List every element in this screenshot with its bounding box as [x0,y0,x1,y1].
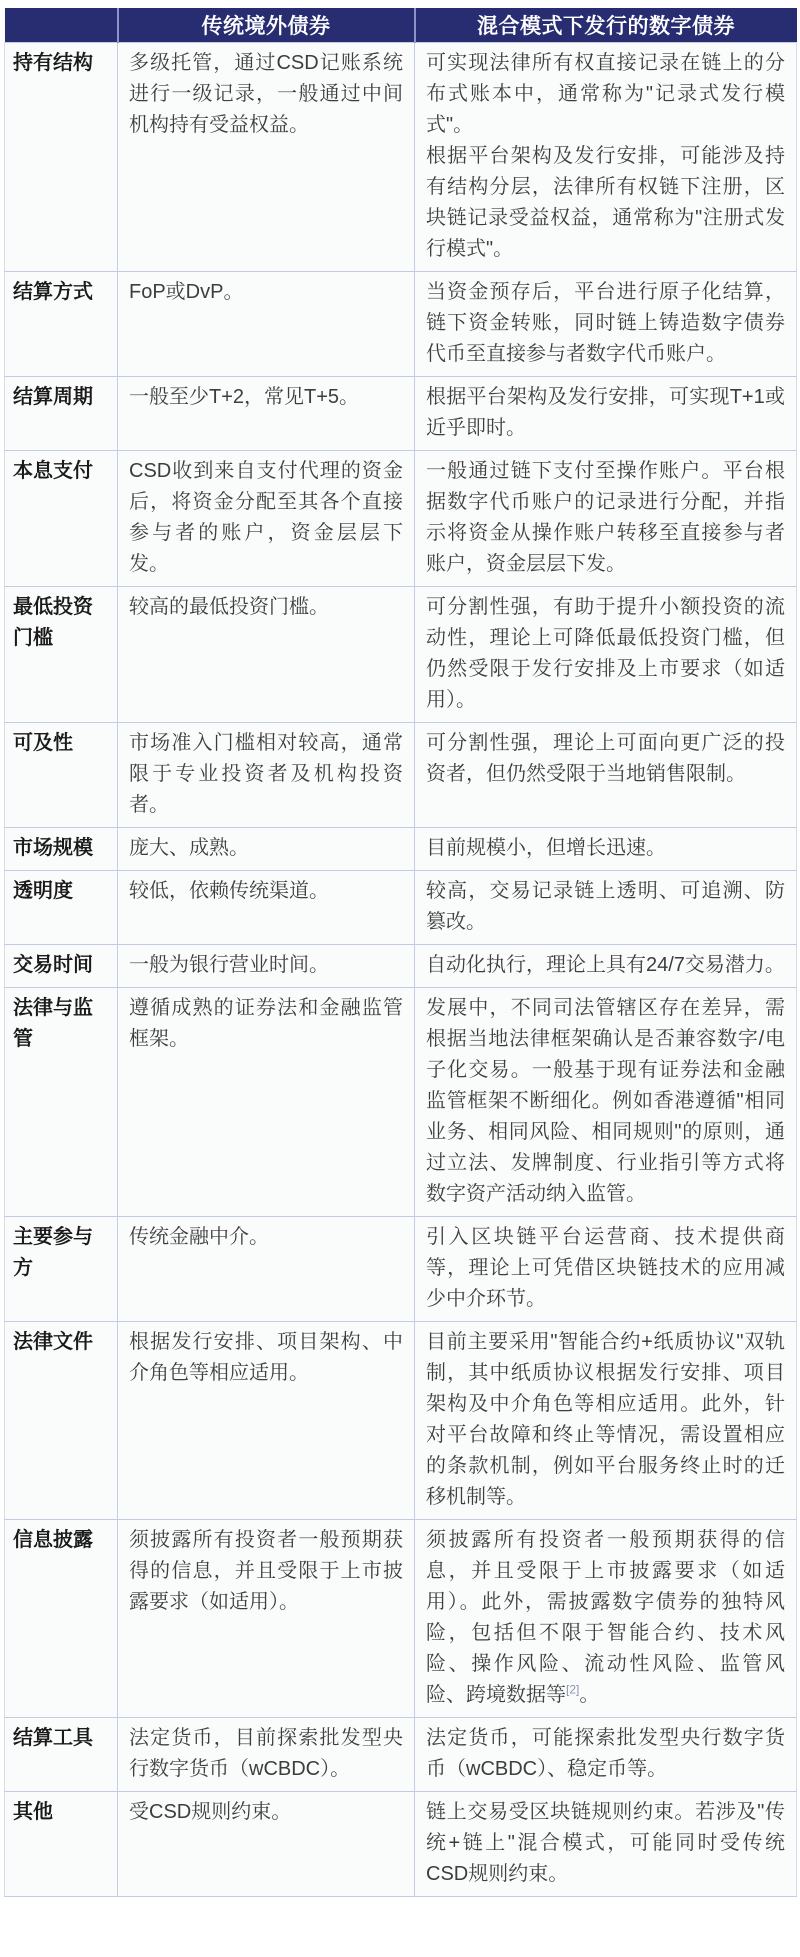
cell-digital: 可分割性强，理论上可面向更广泛的投资者，但仍然受限于当地销售限制。 [415,723,797,828]
cell-digital: 须披露所有投资者一般预期获得的信息，并且受限于上市披露要求（如适用）。此外，需披… [415,1520,797,1718]
table-row-key-participants: 主要参与方 传统金融中介。 引入区块链平台运营商、技术提供商等，理论上可凭借区块… [5,1217,797,1322]
row-label: 结算方式 [5,272,118,377]
cell-digital: 根据平台架构及发行安排，可实现T+1或近乎即时。 [415,377,797,451]
cell-digital: 引入区块链平台运营商、技术提供商等，理论上可凭借区块链技术的应用减少中介环节。 [415,1217,797,1322]
table-row-settlement-cycle: 结算周期 一般至少T+2，常见T+5。 根据平台架构及发行安排，可实现T+1或近… [5,377,797,451]
cell-digital: 目前主要采用"智能合约+纸质协议"双轨制，其中纸质协议根据发行安排、项目架构及中… [415,1322,797,1520]
cell-digital: 法定货币，可能探索批发型央行数字货币（wCBDC）、稳定币等。 [415,1718,797,1792]
cell-digital: 发展中，不同司法管辖区存在差异，需根据当地法律框架确认是否兼容数字/电子化交易。… [415,988,797,1217]
comparison-table-page: 传统境外债券 混合模式下发行的数字债券 持有结构 多级托管，通过CSD记账系统进… [0,0,800,1957]
footnote-ref: [2] [566,1682,579,1696]
row-label: 法律文件 [5,1322,118,1520]
row-label: 信息披露 [5,1520,118,1718]
row-label: 结算工具 [5,1718,118,1792]
cell-digital: 可实现法律所有权直接记录在链上的分布式账本中，通常称为"记录式发行模式"。 根据… [415,43,797,272]
cell-digital: 较高，交易记录链上透明、可追溯、防篡改。 [415,871,797,945]
cell-digital: 链上交易受区块链规则约束。若涉及"传统+链上"混合模式，可能同时受传统CSD规则… [415,1792,797,1897]
cell-traditional: 根据发行安排、项目架构、中介角色等相应适用。 [118,1322,415,1520]
header-traditional-bonds: 传统境外债券 [118,8,415,43]
table-row-settlement-instrument: 结算工具 法定货币，目前探索批发型央行数字货币（wCBDC）。 法定货币，可能探… [5,1718,797,1792]
table-row-other: 其他 受CSD规则约束。 链上交易受区块链规则约束。若涉及"传统+链上"混合模式… [5,1792,797,1897]
cell-digital: 目前规模小，但增长迅速。 [415,828,797,871]
cell-traditional: 法定货币，目前探索批发型央行数字货币（wCBDC）。 [118,1718,415,1792]
row-label: 可及性 [5,723,118,828]
table-row-trading-hours: 交易时间 一般为银行营业时间。 自动化执行，理论上具有24/7交易潜力。 [5,945,797,988]
cell-digital-text: 须披露所有投资者一般预期获得的信息，并且受限于上市披露要求（如适用）。此外，需披… [426,1529,785,1706]
cell-traditional: CSD收到来自支付代理的资金后，将资金分配至其各个直接参与者的账户，资金层层下发… [118,451,415,587]
table-row-law-regulation: 法律与监管 遵循成熟的证券法和金融监管框架。 发展中，不同司法管辖区存在差异，需… [5,988,797,1217]
table-row-principal-interest-payment: 本息支付 CSD收到来自支付代理的资金后，将资金分配至其各个直接参与者的账户，资… [5,451,797,587]
cell-digital: 自动化执行，理论上具有24/7交易潜力。 [415,945,797,988]
row-label: 结算周期 [5,377,118,451]
table-row-holding-structure: 持有结构 多级托管，通过CSD记账系统进行一级记录，一般通过中间机构持有受益权益… [5,43,797,272]
bond-comparison-table: 传统境外债券 混合模式下发行的数字债券 持有结构 多级托管，通过CSD记账系统进… [4,8,797,1897]
row-label: 交易时间 [5,945,118,988]
table-row-accessibility: 可及性 市场准入门槛相对较高，通常限于专业投资者及机构投资者。 可分割性强，理论… [5,723,797,828]
cell-traditional: 受CSD规则约束。 [118,1792,415,1897]
table-row-market-size: 市场规模 庞大、成熟。 目前规模小，但增长迅速。 [5,828,797,871]
cell-digital: 一般通过链下支付至操作账户。平台根据数字代币账户的记录进行分配，并指示将资金从操… [415,451,797,587]
table-row-information-disclosure: 信息披露 须披露所有投资者一般预期获得的信息，并且受限于上市披露要求（如适用）。… [5,1520,797,1718]
cell-traditional: 较高的最低投资门槛。 [118,587,415,723]
cell-traditional: 多级托管，通过CSD记账系统进行一级记录，一般通过中间机构持有受益权益。 [118,43,415,272]
row-label: 其他 [5,1792,118,1897]
row-label: 主要参与方 [5,1217,118,1322]
row-label: 本息支付 [5,451,118,587]
row-label: 透明度 [5,871,118,945]
header-row: 传统境外债券 混合模式下发行的数字债券 [5,8,797,43]
table-row-legal-documents: 法律文件 根据发行安排、项目架构、中介角色等相应适用。 目前主要采用"智能合约+… [5,1322,797,1520]
cell-digital: 当资金预存后，平台进行原子化结算，链下资金转账，同时链上铸造数字债券代币至直接参… [415,272,797,377]
cell-traditional: 传统金融中介。 [118,1217,415,1322]
cell-digital-tail: 。 [579,1684,599,1706]
row-label: 最低投资门槛 [5,587,118,723]
header-digital-bonds: 混合模式下发行的数字债券 [415,8,797,43]
cell-traditional: 市场准入门槛相对较高，通常限于专业投资者及机构投资者。 [118,723,415,828]
cell-traditional: 遵循成熟的证券法和金融监管框架。 [118,988,415,1217]
cell-traditional: 庞大、成熟。 [118,828,415,871]
table-row-minimum-investment: 最低投资门槛 较高的最低投资门槛。 可分割性强，有助于提升小额投资的流动性，理论… [5,587,797,723]
table-row-settlement-method: 结算方式 FoP或DvP。 当资金预存后，平台进行原子化结算，链下资金转账，同时… [5,272,797,377]
cell-traditional: 一般为银行营业时间。 [118,945,415,988]
row-label: 市场规模 [5,828,118,871]
cell-traditional: 一般至少T+2，常见T+5。 [118,377,415,451]
cell-digital: 可分割性强，有助于提升小额投资的流动性，理论上可降低最低投资门槛，但仍然受限于发… [415,587,797,723]
row-label: 持有结构 [5,43,118,272]
cell-traditional: FoP或DvP。 [118,272,415,377]
cell-traditional: 较低，依赖传统渠道。 [118,871,415,945]
row-label: 法律与监管 [5,988,118,1217]
cell-traditional: 须披露所有投资者一般预期获得的信息，并且受限于上市披露要求（如适用）。 [118,1520,415,1718]
header-corner-cell [5,8,118,43]
table-row-transparency: 透明度 较低，依赖传统渠道。 较高，交易记录链上透明、可追溯、防篡改。 [5,871,797,945]
